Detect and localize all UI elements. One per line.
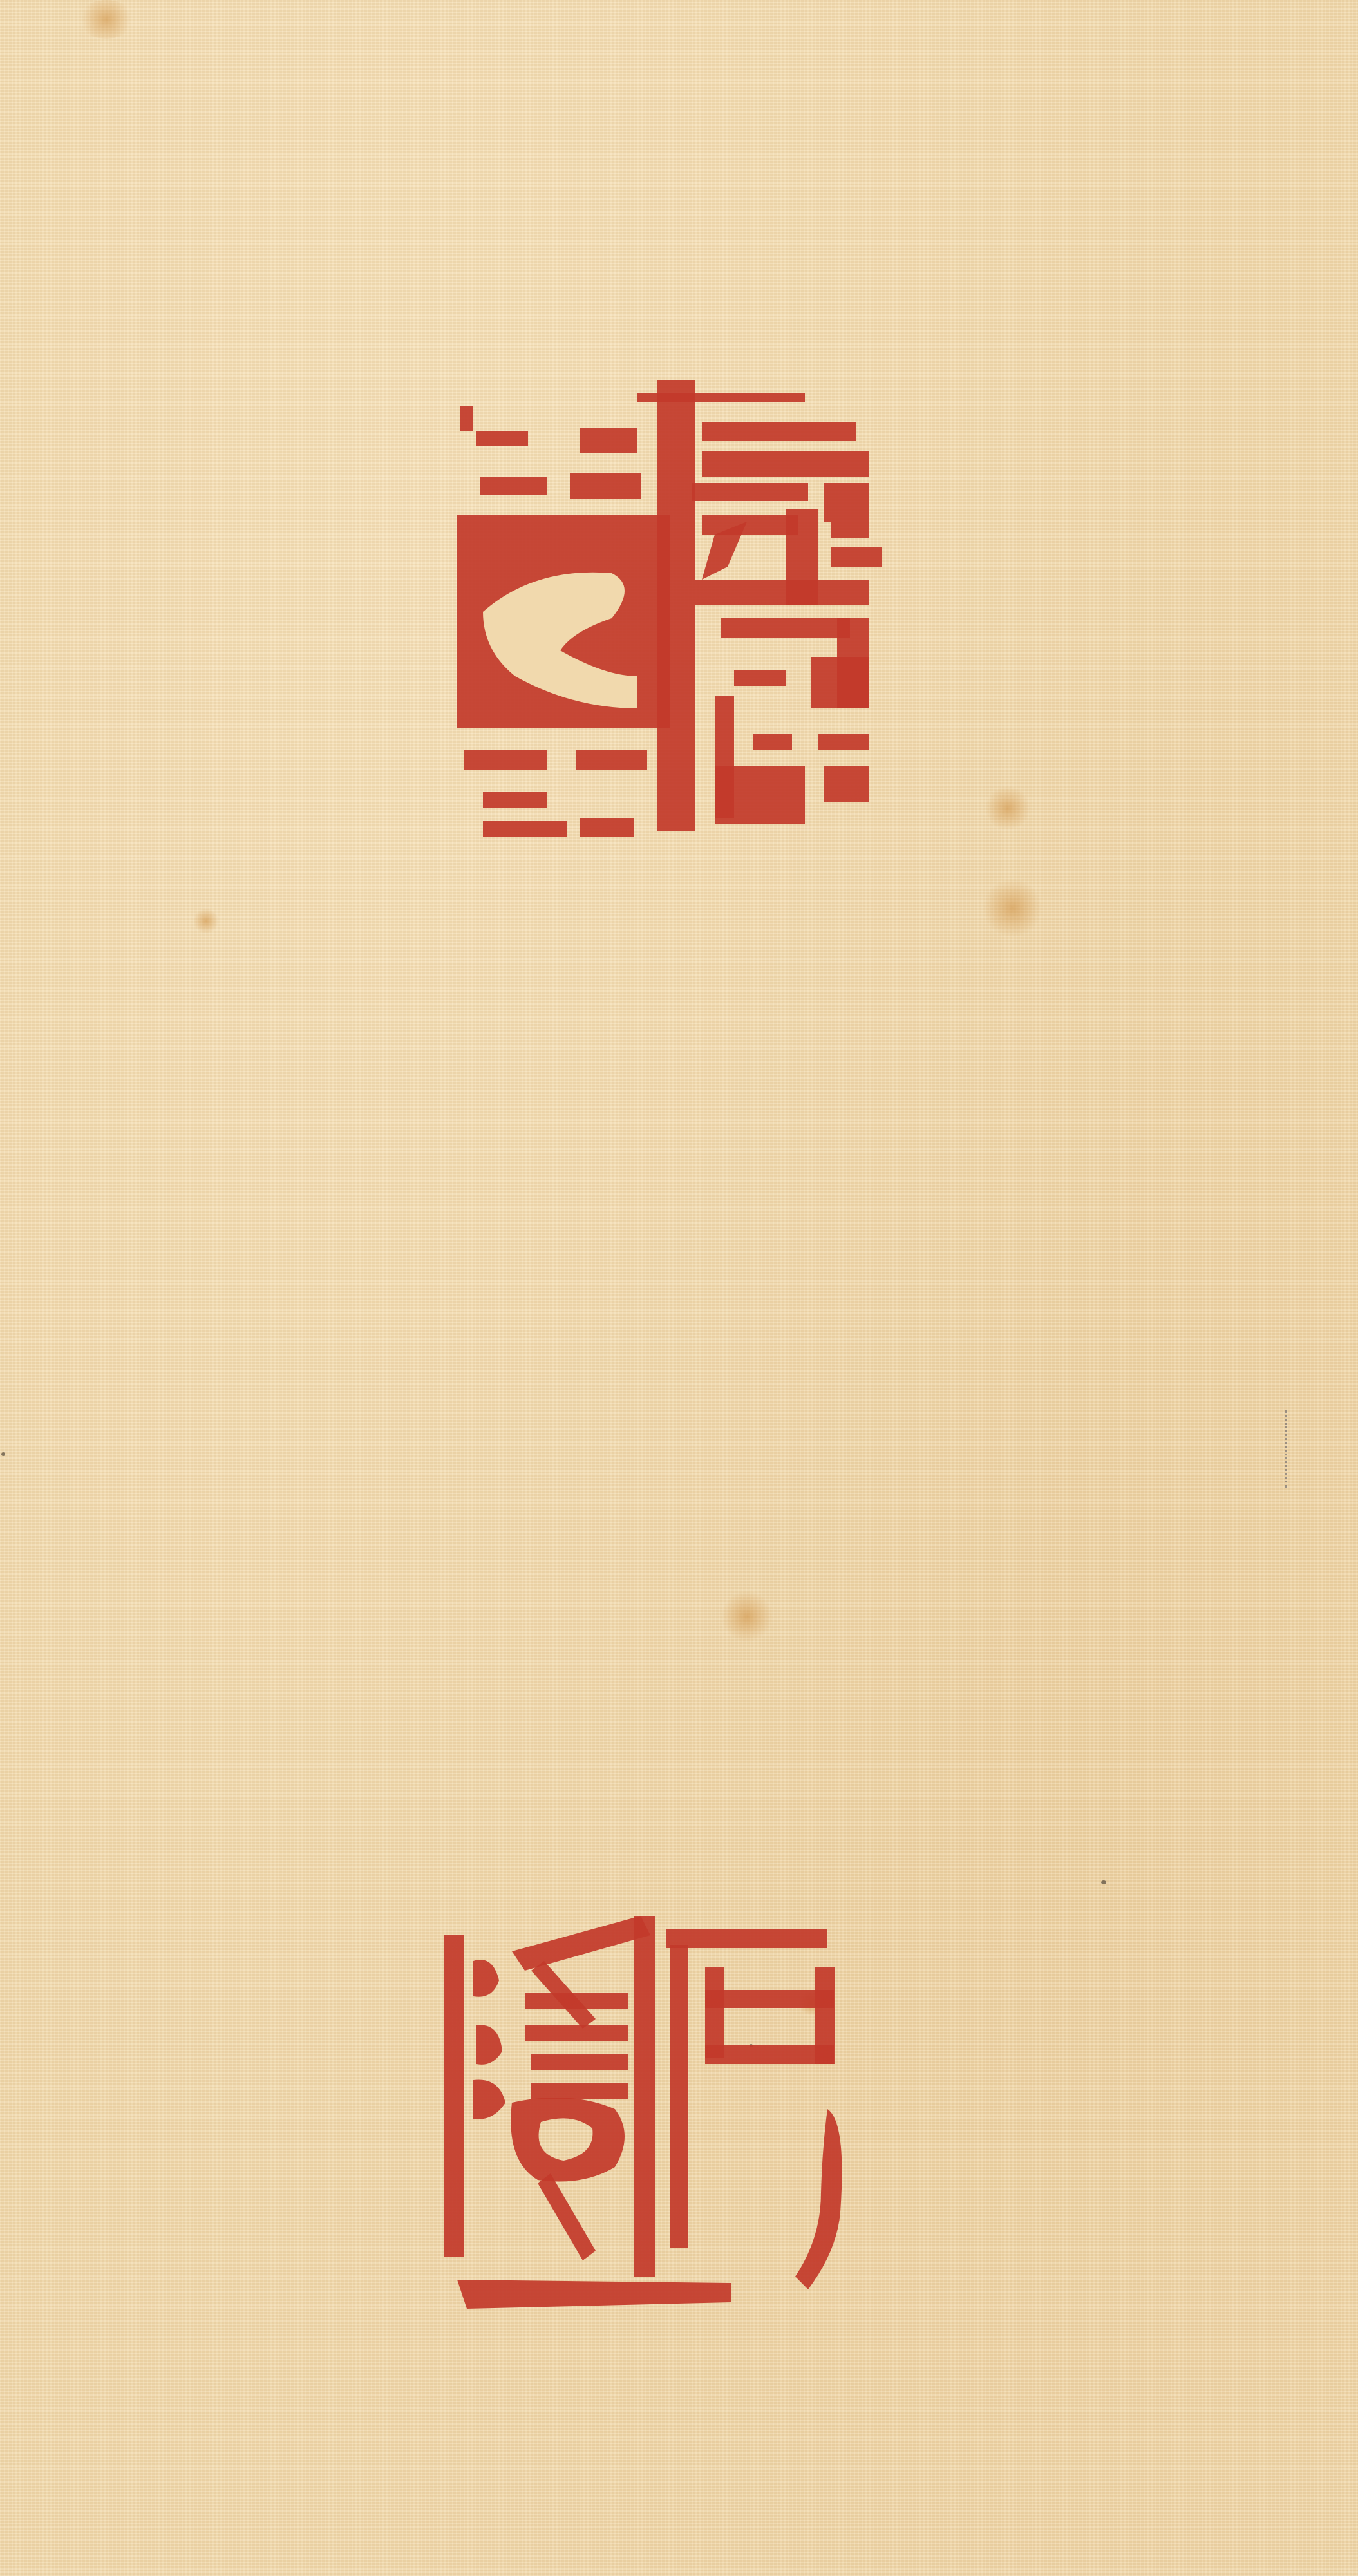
dust-speck [1101, 1880, 1106, 1884]
lower-seal-impression [428, 1890, 892, 2328]
silk-background [0, 0, 1358, 2576]
seal-glyph-lower [428, 1890, 892, 2328]
upper-seal-impression [444, 374, 895, 837]
seal-glyph-upper [444, 374, 895, 837]
pencil-mark [1285, 1410, 1293, 1488]
foxing-stain [77, 0, 135, 39]
foxing-stain [193, 908, 219, 934]
dust-speck [1, 1452, 5, 1456]
foxing-stain [721, 1591, 773, 1642]
foxing-stain [985, 786, 1030, 831]
foxing-stain [982, 879, 1043, 937]
